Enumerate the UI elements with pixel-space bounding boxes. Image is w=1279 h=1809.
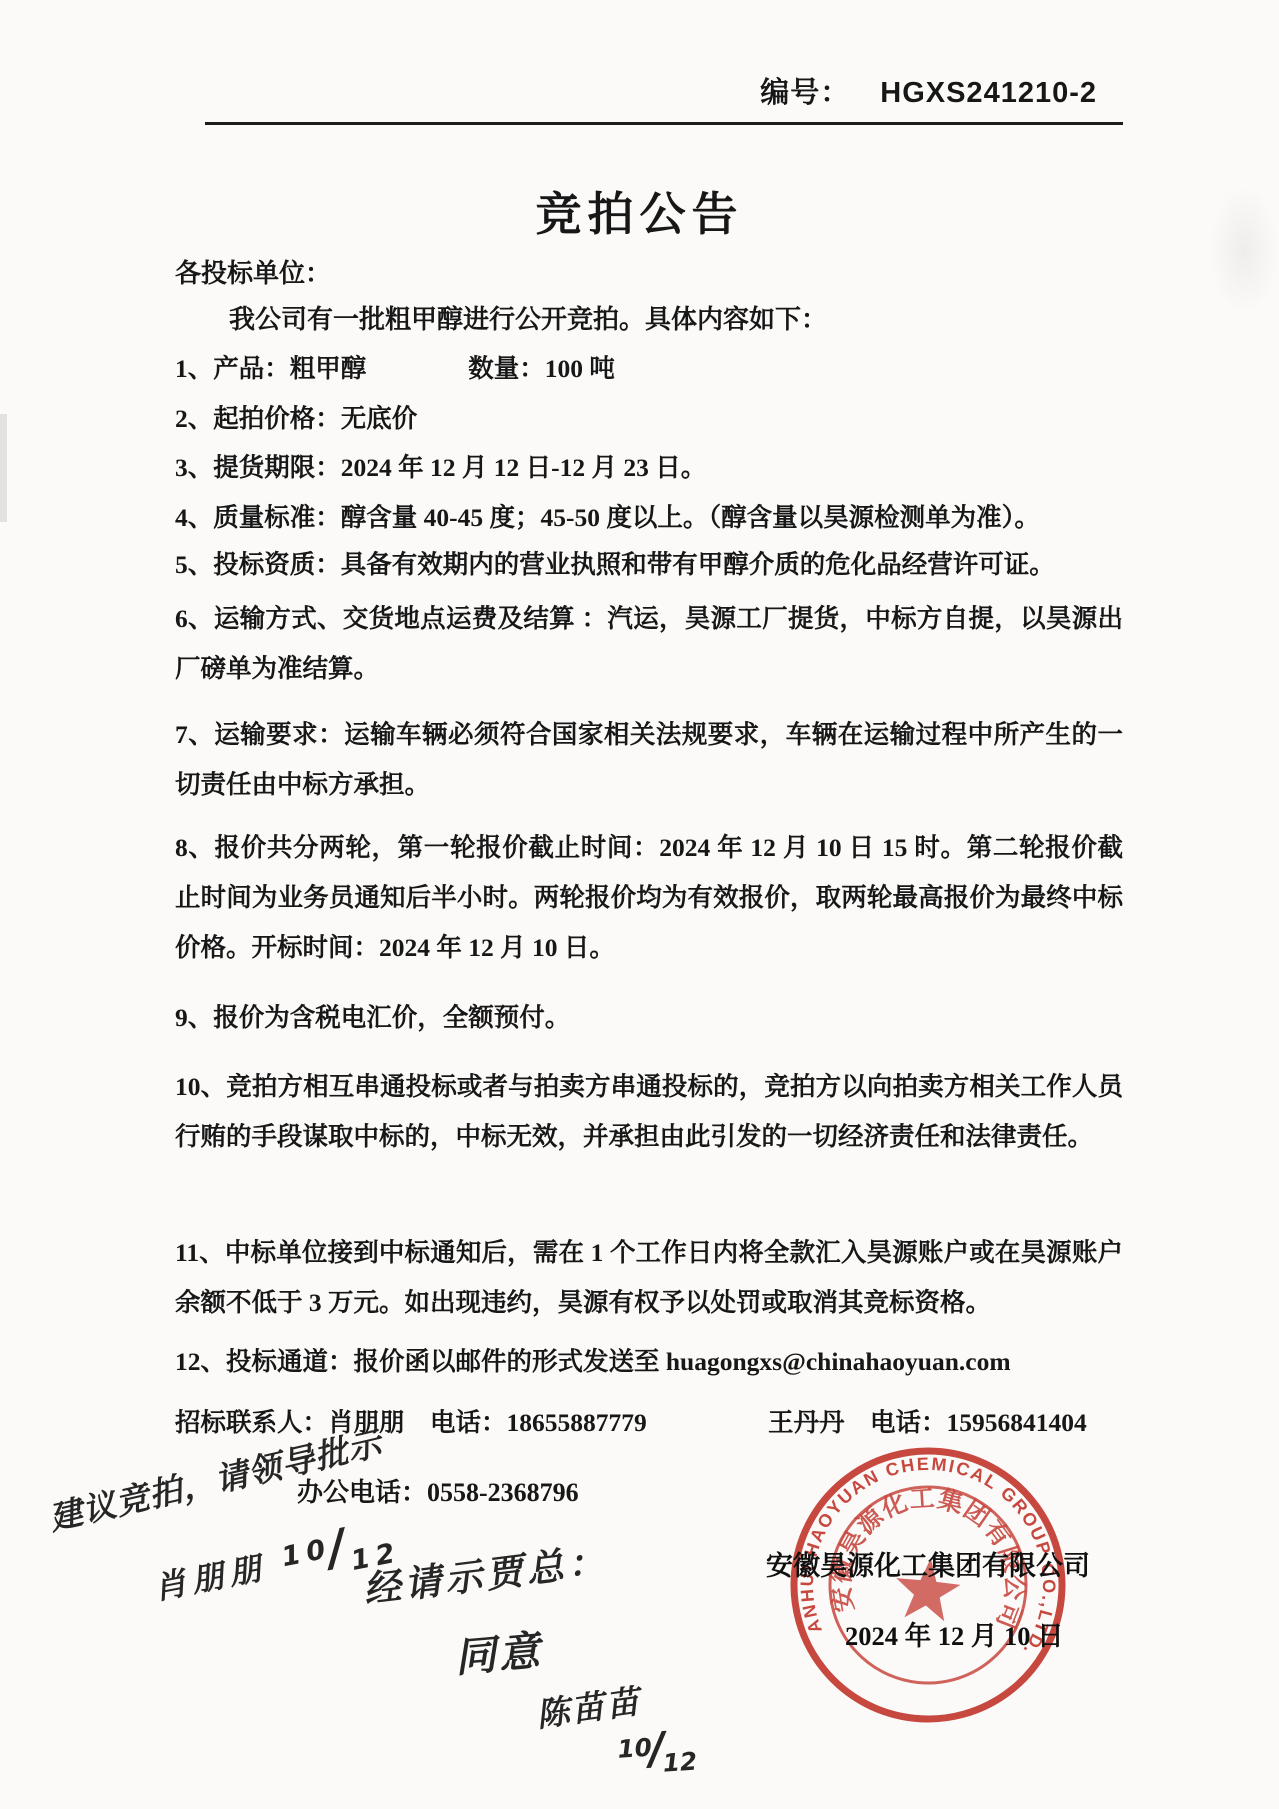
document-number: 编号：HGXS241210-2 (760, 70, 1097, 111)
intro-paragraph: 我公司有一批粗甲醇进行公开竞拍。具体内容如下： (175, 299, 1120, 336)
signoff-company: 安徽昊源化工集团有限公司 (766, 1544, 1090, 1583)
handwritten-approval-decision: 同意 (452, 1617, 545, 1683)
handwritten-approval-date: 10/12 (616, 1722, 698, 1781)
notice-item-1: 1、产品：粗甲醇 数量：100 吨 (175, 344, 1123, 394)
notice-item-3: 3、提货期限：2024 年 12 月 12 日-12 月 23 日。 (175, 443, 1123, 493)
company-seal-stamp: ANHUI HAOYUAN CHEMICAL GROUP CO.,LTD. 安徽… (783, 1440, 1073, 1730)
office-phone: 办公电话：0558-2368796 (297, 1468, 579, 1518)
salutation: 各投标单位： (175, 253, 331, 290)
document-number-label: 编号： (760, 77, 850, 109)
document-number-value: HGXS241210-2 (880, 77, 1097, 109)
contact-primary: 招标联系人：肖朋朋 电话：18655887779 (175, 1408, 647, 1437)
notice-item-6: 6、运输方式、交货地点运费及结算 ：汽运，昊源工厂提货，中标方自提，以昊源出厂磅… (175, 594, 1123, 694)
notice-item-10: 10、竞拍方相互串通投标或者与拍卖方串通投标的，竞拍方以向拍卖方相关工作人员行贿… (175, 1062, 1123, 1162)
notice-item-11: 11、中标单位接到中标通知后，需在 1 个工作日内将全款汇入昊源账户或在昊源账户… (175, 1228, 1123, 1328)
notice-item-7: 7、运输要求：运输车辆必须符合国家相关法规要求，车辆在运输过程中所产生的一切责任… (175, 710, 1123, 810)
notice-item-8: 8、报价共分两轮，第一轮报价截止时间：2024 年 12 月 10 日 15 时… (175, 823, 1123, 973)
notice-item-4: 4、质量标准：醇含量 40-45 度；45-50 度以上。（醇含量以昊源检测单为… (175, 493, 1123, 543)
notice-item-9: 9、报价为含税电汇价，全额预付。 (175, 993, 1123, 1043)
page-title: 竞拍公告 (0, 178, 1279, 244)
header-rule (205, 122, 1123, 125)
notice-item-5: 5、投标资质：具备有效期内的营业执照和带有甲醇介质的危化品经营许可证。 (175, 540, 1123, 590)
scanned-auction-notice-page: 编号：HGXS241210-2 竞拍公告 各投标单位： 我公司有一批粗甲醇进行公… (0, 0, 1279, 1809)
notice-item-2: 2、起拍价格：无底价 (175, 394, 1123, 444)
signoff-date: 2024 年 12 月 10 日 (845, 1614, 1064, 1653)
scan-edge-artifact (0, 414, 7, 522)
recommend-signature-name: 肖朋朋 (151, 1548, 270, 1607)
notice-item-12: 12、投标通道：报价函以邮件的形式发送至 huagongxs@chinahaoy… (175, 1337, 1123, 1387)
